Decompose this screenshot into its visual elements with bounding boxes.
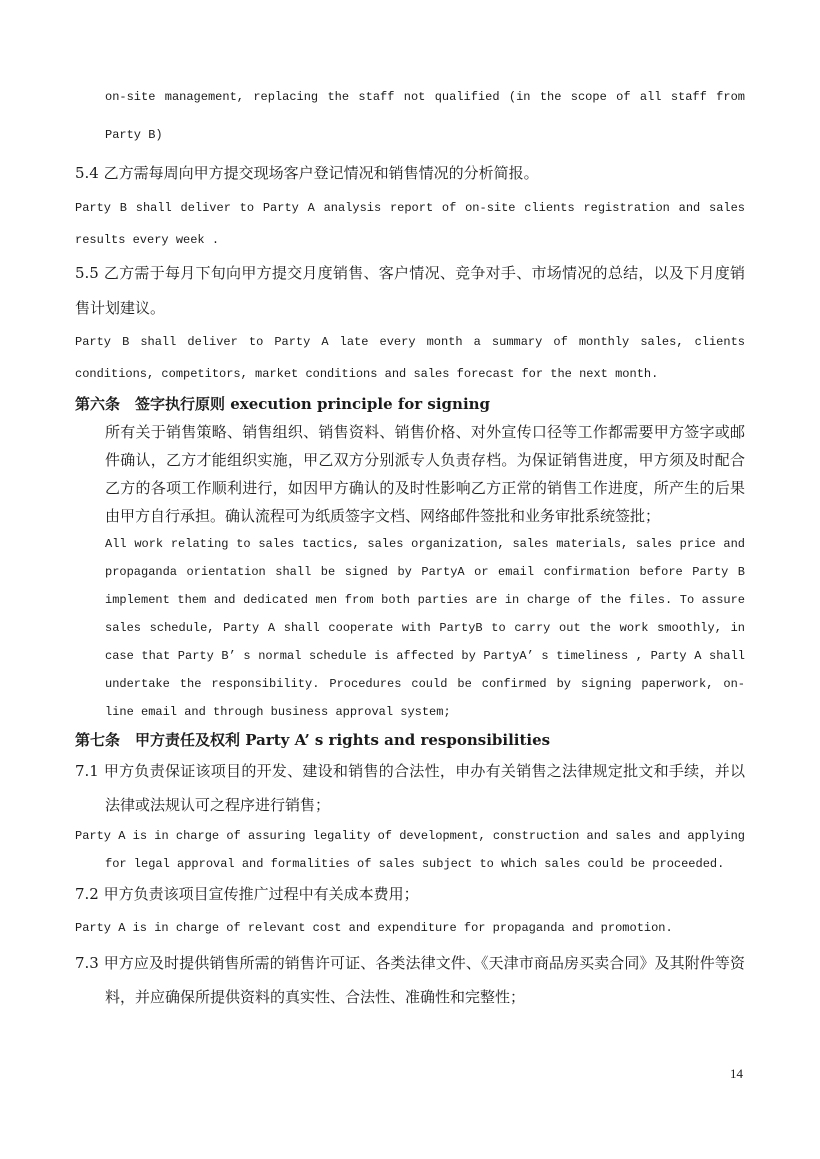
clause-5-4-en: Party B shall deliver to Party A analysi… (75, 192, 745, 256)
article-6-heading: 第六条 签字执行原则 execution principle for signi… (75, 390, 745, 418)
clause-7-1-zh: 7.1 甲方负责保证该项目的开发、建设和销售的合法性，申办有关销售之法律规定批文… (75, 754, 745, 822)
article-7-heading: 第七条 甲方责任及权利 Party A’ s rights and respon… (75, 726, 745, 754)
clause-7-2-en: Party A is in charge of relevant cost an… (75, 910, 745, 946)
clause-5-5-zh: 5.5 乙方需于每月下旬向甲方提交月度销售、客户情况、竞争对手、市场情况的总结，… (75, 256, 745, 326)
clause-5-4-zh: 5.4 乙方需每周向甲方提交现场客户登记情况和销售情况的分析简报。 (75, 154, 745, 192)
article-6-body-en: All work relating to sales tactics, sale… (75, 530, 745, 726)
continuation-paragraph: on-site management, replacing the staff … (75, 78, 745, 154)
document-page: on-site management, replacing the staff … (0, 0, 820, 1159)
clause-7-3-zh: 7.3 甲方应及时提供销售所需的销售许可证、各类法律文件、《天津市商品房买卖合同… (75, 946, 745, 1014)
clause-7-2-zh: 7.2 甲方负责该项目宣传推广过程中有关成本费用； (75, 878, 745, 910)
page-number: 14 (730, 1066, 743, 1082)
clause-7-1-en: Party A is in charge of assuring legalit… (75, 822, 745, 878)
article-6-body-zh: 所有关于销售策略、销售组织、销售资料、销售价格、对外宣传口径等工作都需要甲方签字… (75, 418, 745, 530)
clause-5-5-en: Party B shall deliver to Party A late ev… (75, 326, 745, 390)
